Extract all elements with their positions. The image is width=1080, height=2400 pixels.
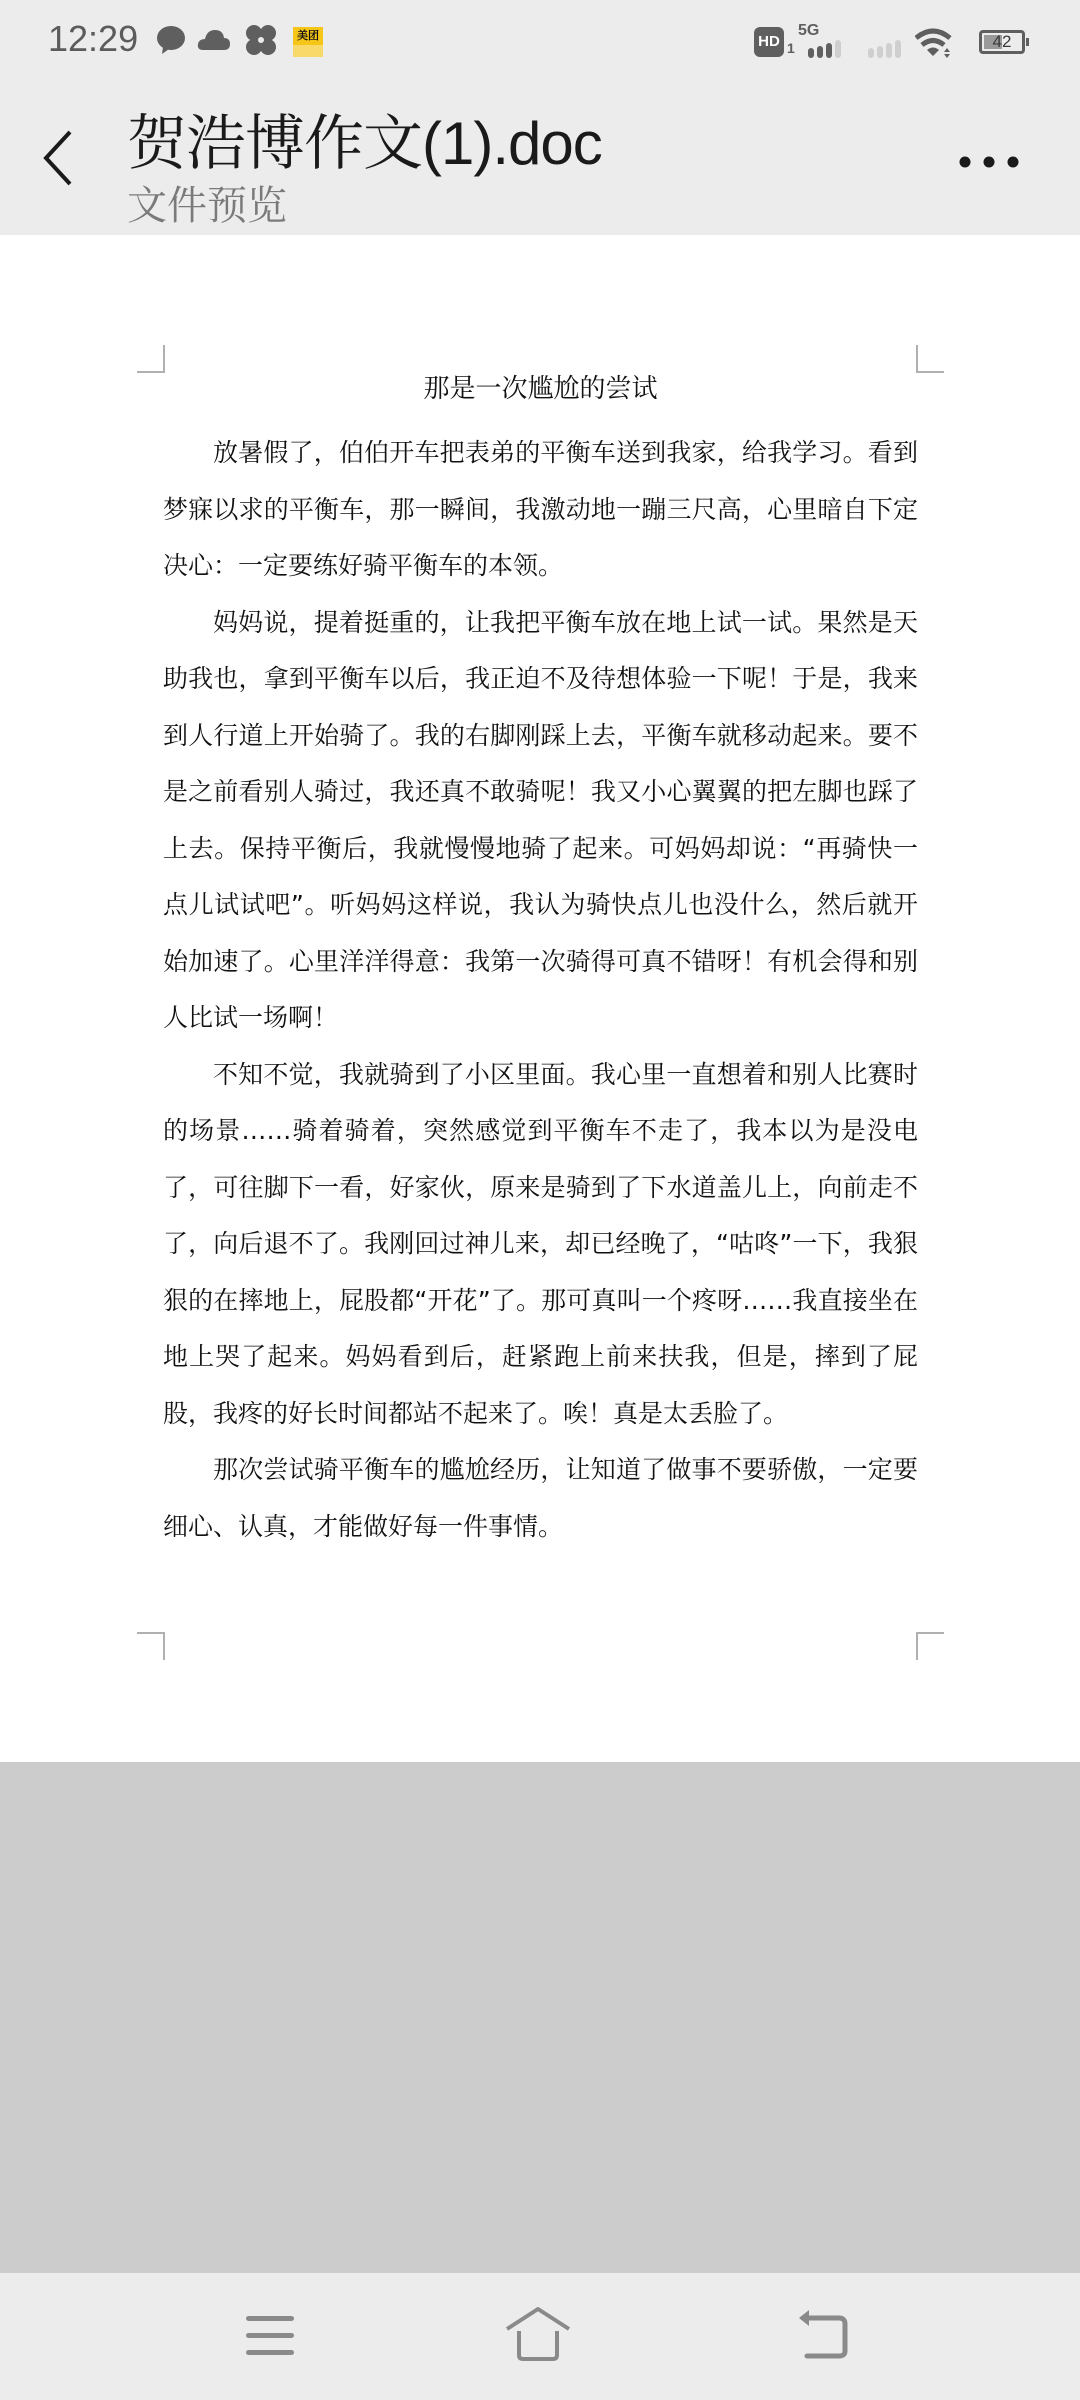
crop-mark-top-right [916, 345, 944, 373]
file-title: 贺浩博作文(1).doc [127, 96, 602, 182]
document-canvas-background [0, 1762, 1080, 2273]
document-title: 那是一次尴尬的尝试 [163, 368, 918, 405]
network-type: 5G [798, 22, 819, 40]
meituan-app-icon: 美团 [293, 27, 323, 57]
hd-badge: HD [754, 27, 784, 57]
cloud-icon [197, 24, 231, 56]
paragraph-1: 放暑假了，伯伯开车把表弟的平衡车送到我家，给我学习。看到梦寐以求的平衡车，那一瞬… [163, 425, 918, 595]
home-icon[interactable] [505, 2307, 575, 2363]
crop-mark-top-left [137, 345, 165, 373]
paragraph-2: 妈妈说，提着挺重的，让我把平衡车放在地上试一试。果然是天助我也，拿到平衡车以后，… [163, 595, 918, 1047]
status-time: 12:29 [48, 18, 138, 60]
back-icon[interactable] [795, 2307, 851, 2363]
message-icon [155, 24, 187, 56]
hd-sim-number: 1 [787, 40, 795, 56]
paragraph-4: 那次尝试骑平衡车的尴尬经历，让知道了做事不要骄傲，一定要细心、认真，才能做好每一… [163, 1442, 918, 1555]
signal-strength-icon-sim2 [868, 40, 904, 58]
file-subtitle: 文件预览 [127, 174, 287, 231]
more-horizontal-icon[interactable] [958, 155, 1020, 169]
document-body: 放暑假了，伯伯开车把表弟的平衡车送到我家，给我学习。看到梦寐以求的平衡车，那一瞬… [163, 425, 918, 1555]
battery-level: 42 [982, 32, 1022, 52]
status-bar: 12:29 美团 HD 1 5G 42 [0, 0, 1080, 80]
signal-strength-icon-sim1 [808, 40, 844, 58]
crop-mark-bottom-right [916, 1632, 944, 1660]
wifi-icon [915, 28, 953, 58]
app-header: 贺浩博作文(1).doc 文件预览 [0, 80, 1080, 235]
document-page[interactable]: 那是一次尴尬的尝试 放暑假了，伯伯开车把表弟的平衡车送到我家，给我学习。看到梦寐… [0, 235, 1080, 1762]
crop-mark-bottom-left [137, 1632, 165, 1660]
system-nav-bar [0, 2273, 1080, 2400]
chevron-left-icon[interactable] [40, 128, 80, 188]
paragraph-3: 不知不觉，我就骑到了小区里面。我心里一直想着和别人比赛时的场景……骑着骑着，突然… [163, 1047, 918, 1443]
menu-icon[interactable] [245, 2313, 297, 2361]
battery-icon: 42 [979, 30, 1025, 54]
pinwheel-icon [245, 24, 277, 56]
